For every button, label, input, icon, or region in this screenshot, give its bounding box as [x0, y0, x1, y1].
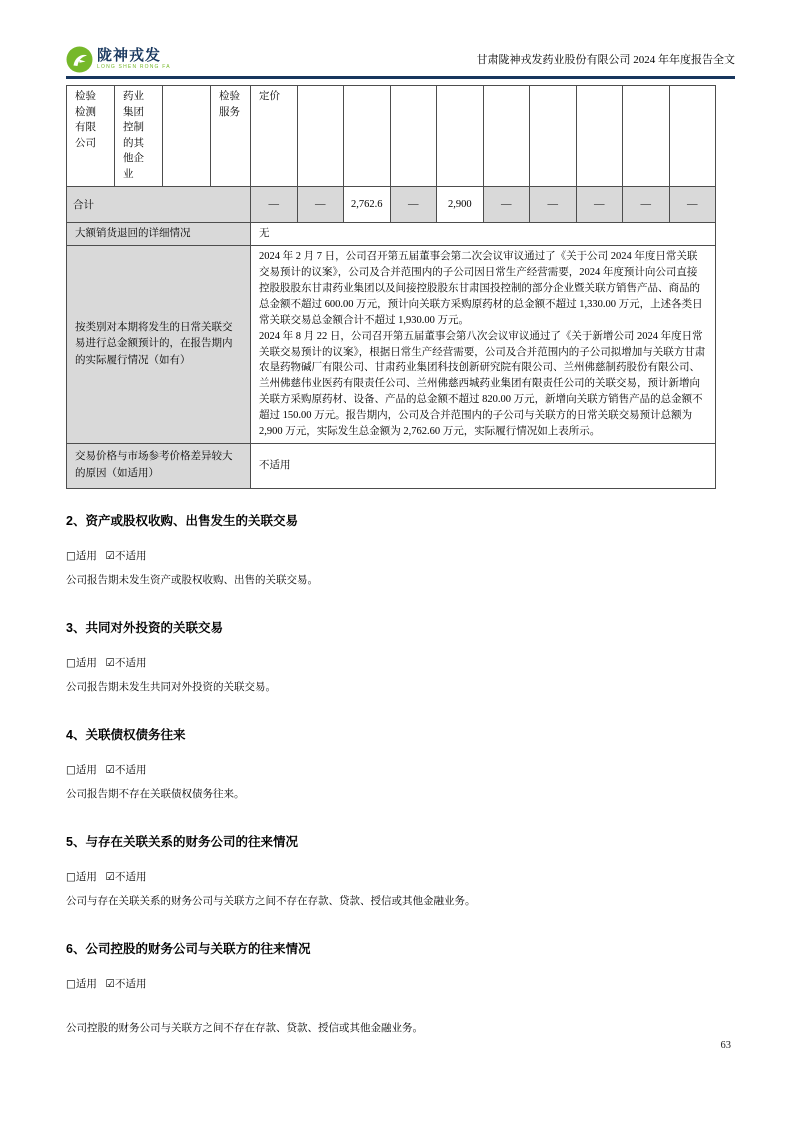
section-body: 公司报告期未发生共同对外投资的关联交易。 [66, 680, 735, 696]
table-row: 检验检测有限公司药业集团控制的其他企业检验服务定价 [67, 86, 716, 187]
detail-content: 不适用 [251, 443, 716, 488]
grid-cell [163, 86, 211, 187]
applicability-line: □适用 ☑不适用 [66, 655, 735, 672]
grid-cell [344, 86, 391, 187]
checkbox-checked-icon: ☑ [106, 764, 115, 776]
grid-cell [390, 86, 437, 187]
total-value-cell: 2,762.6 [344, 186, 391, 222]
performance-paragraph-1: 2024 年 2 月 7 日，公司召开第五届董事会第二次会议审议通过了《关于公司… [259, 249, 707, 329]
section-controlled-finance-company: 6、公司控股的财务公司与关联方的往来情况 □适用 ☑不适用 公司控股的财务公司与… [66, 940, 735, 1037]
logo-mark-icon [66, 46, 93, 73]
applicability-line: □适用 ☑不适用 [66, 548, 735, 565]
grid-cell [623, 86, 670, 187]
checkbox-checked-icon: ☑ [106, 657, 115, 669]
not-applicable-label: 不适用 [115, 872, 147, 883]
report-title: 甘肃陇神戎发药业股份有限公司 2024 年年度报告全文 [477, 53, 736, 73]
related-transactions-grid-table: 检验检测有限公司药业集团控制的其他企业检验服务定价合计——2,762.6—2,9… [66, 85, 716, 223]
company-logo: 陇神戎发 LONG SHEN RONG FA [66, 46, 171, 73]
document-page: 陇神戎发 LONG SHEN RONG FA 甘肃陇神戎发药业股份有限公司 20… [0, 0, 793, 1122]
related-transactions-detail-table: 大额销货退回的详细情况 无 按类别对本期将发生的日常关联交易进行总金额预计的，在… [66, 222, 716, 489]
section-related-finance-company: 5、与存在关联关系的财务公司的往来情况 □适用 ☑不适用 公司与存在关联关系的财… [66, 833, 735, 910]
grid-cell: 检验检测有限公司 [67, 86, 115, 187]
detail-label: 交易价格与市场参考价格差异较大的原因（如适用） [67, 443, 251, 488]
total-row: 合计——2,762.6—2,900————— [67, 186, 716, 222]
not-applicable-label: 不适用 [115, 979, 147, 990]
checkbox-unchecked-icon: □ [66, 871, 76, 883]
section-title: 3、共同对外投资的关联交易 [66, 619, 735, 637]
total-value-cell: — [251, 186, 298, 222]
grid-cell: 药业集团控制的其他企业 [115, 86, 163, 187]
checkbox-unchecked-icon: □ [66, 764, 76, 776]
applicability-line: □适用 ☑不适用 [66, 976, 735, 993]
grid-cell [483, 86, 530, 187]
grid-cell [297, 86, 344, 187]
section-body: 公司报告期未发生资产或股权收购、出售的关联交易。 [66, 573, 735, 589]
table-row: 按类别对本期将发生的日常关联交易进行总金额预计的，在报告期内的实际履行情况（如有… [67, 246, 716, 444]
total-value-cell: 2,900 [437, 186, 484, 222]
not-applicable-label: 不适用 [115, 658, 147, 669]
section-body: 公司与存在关联关系的财务公司与关联方之间不存在存款、贷款、授信或其他金融业务。 [66, 894, 735, 910]
total-value-cell: — [623, 186, 670, 222]
table-row: 交易价格与市场参考价格差异较大的原因（如适用） 不适用 [67, 443, 716, 488]
detail-content: 2024 年 2 月 7 日，公司召开第五届董事会第二次会议审议通过了《关于公司… [251, 246, 716, 444]
applicability-line: □适用 ☑不适用 [66, 762, 735, 779]
section-title: 5、与存在关联关系的财务公司的往来情况 [66, 833, 735, 851]
applicable-label: 适用 [76, 765, 97, 776]
page-number: 63 [721, 1040, 732, 1051]
section-title: 6、公司控股的财务公司与关联方的往来情况 [66, 940, 735, 958]
total-value-cell: — [576, 186, 623, 222]
total-value-cell: — [530, 186, 577, 222]
total-value-cell: — [390, 186, 437, 222]
section-body: 公司控股的财务公司与关联方之间不存在存款、贷款、授信或其他金融业务。 [66, 1021, 735, 1037]
detail-label: 大额销货退回的详细情况 [67, 222, 251, 246]
checkbox-checked-icon: ☑ [106, 978, 115, 990]
grid-cell: 检验服务 [211, 86, 251, 187]
grid-cell [530, 86, 577, 187]
applicable-label: 适用 [76, 658, 97, 669]
table-row: 大额销货退回的详细情况 无 [67, 222, 716, 246]
grid-cell [669, 86, 716, 187]
detail-label: 按类别对本期将发生的日常关联交易进行总金额预计的，在报告期内的实际履行情况（如有… [67, 246, 251, 444]
applicable-label: 适用 [76, 979, 97, 990]
section-title: 2、资产或股权收购、出售发生的关联交易 [66, 512, 735, 530]
checkbox-unchecked-icon: □ [66, 657, 76, 669]
checkbox-unchecked-icon: □ [66, 978, 76, 990]
total-label: 合计 [67, 186, 251, 222]
not-applicable-label: 不适用 [115, 551, 147, 562]
total-value-cell: — [483, 186, 530, 222]
checkbox-checked-icon: ☑ [106, 550, 115, 562]
page-header: 陇神戎发 LONG SHEN RONG FA 甘肃陇神戎发药业股份有限公司 20… [66, 46, 735, 73]
section-joint-investment: 3、共同对外投资的关联交易 □适用 ☑不适用 公司报告期未发生共同对外投资的关联… [66, 619, 735, 696]
total-value-cell: — [297, 186, 344, 222]
logo-text: 陇神戎发 [97, 48, 171, 64]
checkbox-unchecked-icon: □ [66, 550, 76, 562]
section-body: 公司报告期不存在关联债权债务往来。 [66, 787, 735, 803]
applicable-label: 适用 [76, 551, 97, 562]
section-related-debts: 4、关联债权债务往来 □适用 ☑不适用 公司报告期不存在关联债权债务往来。 [66, 726, 735, 803]
section-asset-equity-transactions: 2、资产或股权收购、出售发生的关联交易 □适用 ☑不适用 公司报告期未发生资产或… [66, 512, 735, 589]
grid-cell [437, 86, 484, 187]
total-value-cell: — [669, 186, 716, 222]
grid-cell [576, 86, 623, 187]
detail-content: 无 [251, 222, 716, 246]
checkbox-checked-icon: ☑ [106, 871, 115, 883]
section-title: 4、关联债权债务往来 [66, 726, 735, 744]
applicability-line: □适用 ☑不适用 [66, 869, 735, 886]
not-applicable-label: 不适用 [115, 765, 147, 776]
grid-cell: 定价 [251, 86, 298, 187]
applicable-label: 适用 [76, 872, 97, 883]
logo-subtext: LONG SHEN RONG FA [97, 64, 171, 71]
header-divider [66, 76, 735, 79]
performance-paragraph-2: 2024 年 8 月 22 日，公司召开第五届董事会第八次会议审议通过了《关于新… [259, 329, 707, 440]
